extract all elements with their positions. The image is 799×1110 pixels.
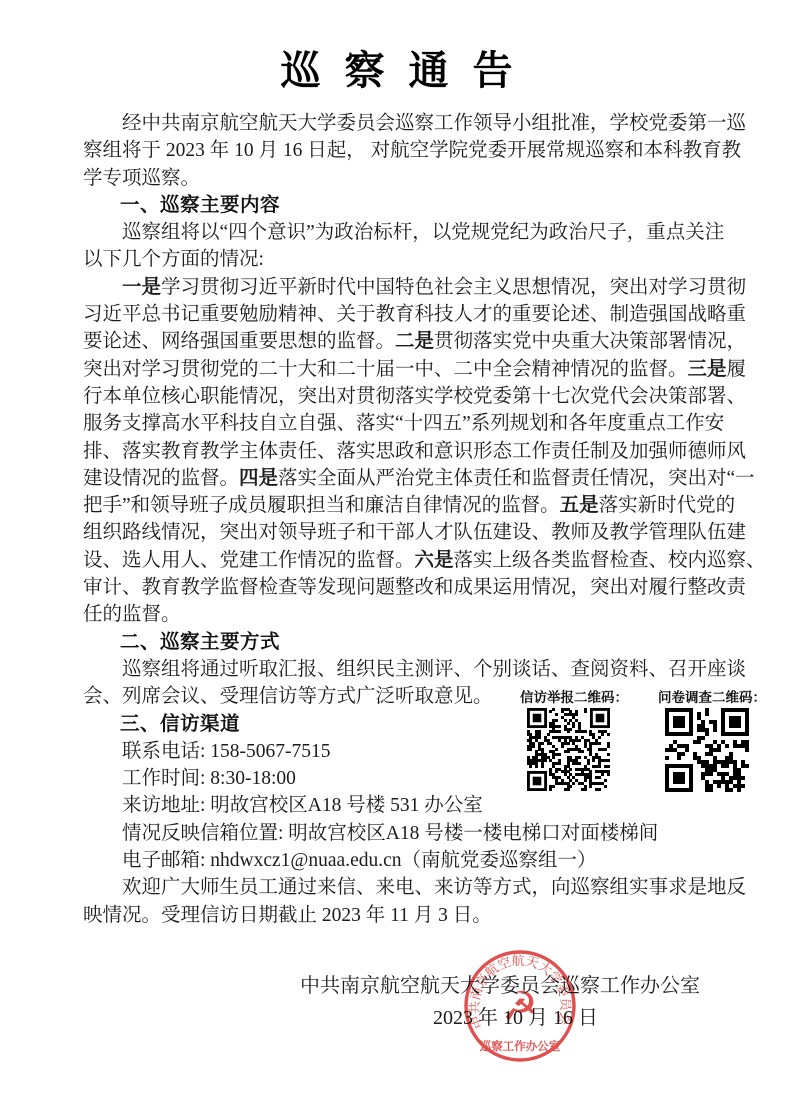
body-text: 经中共南京航空航天大学委员会巡察工作领导小组批准，学校党委第一巡察组将于 202… [83,110,712,929]
seal-bottom-text: 巡察工作办公室 [479,1039,561,1053]
signature-org: 中共南京航空航天大学委员会巡察工作办公室 [83,972,712,1000]
intro-paragraph: 经中共南京航空航天大学委员会巡察工作领导小组批准，学校党委第一巡察组将于 202… [83,110,712,192]
petition-report-qr-code [527,708,610,791]
signature-block: 中共南京航空航天大学委员会巡察工作办公室 2023 年 10 月 16 日 [83,972,712,1033]
section-heading-main-methods: 二、巡察主要方式 [83,629,712,656]
notice-page: 巡 察 通 告 经中共南京航空航天大学委员会巡察工作领导小组批准，学校党委第一巡… [0,0,799,1110]
inspection-items-paragraph: 一是学习贯彻习近平新时代中国特色社会主义思想情况，突出对学习贯彻习近平总书记重要… [83,274,712,629]
inspection-focus-paragraph: 巡察组将以“四个意识”为政治标杆，以党规党纪为政治尺子，重点关注以下几个方面的情… [83,219,712,274]
document-body: 巡 察 通 告 经中共南京航空航天大学委员会巡察工作领导小组批准，学校党委第一巡… [83,46,712,1033]
section-heading-main-content: 一、巡察主要内容 [83,192,712,219]
signature-date: 2023 年 10 月 16 日 [83,1003,712,1033]
contact-info-list: 联系电话: 158-5067-7515工作时间: 8:30-18:00来访地址:… [83,738,712,874]
survey-qr-label: 问卷调查二维码： [658,686,766,706]
section-heading-petition-channels: 三、信访渠道 [83,711,712,738]
petition-report-qr-label: 信访举报二维码： [520,686,628,706]
closing-paragraph: 欢迎广大师生员工通过来信、来电、来访等方式，向巡察组实事求是地反映情况。受理信访… [83,874,712,929]
page-title: 巡 察 通 告 [83,46,712,110]
survey-qr-code [665,708,749,792]
